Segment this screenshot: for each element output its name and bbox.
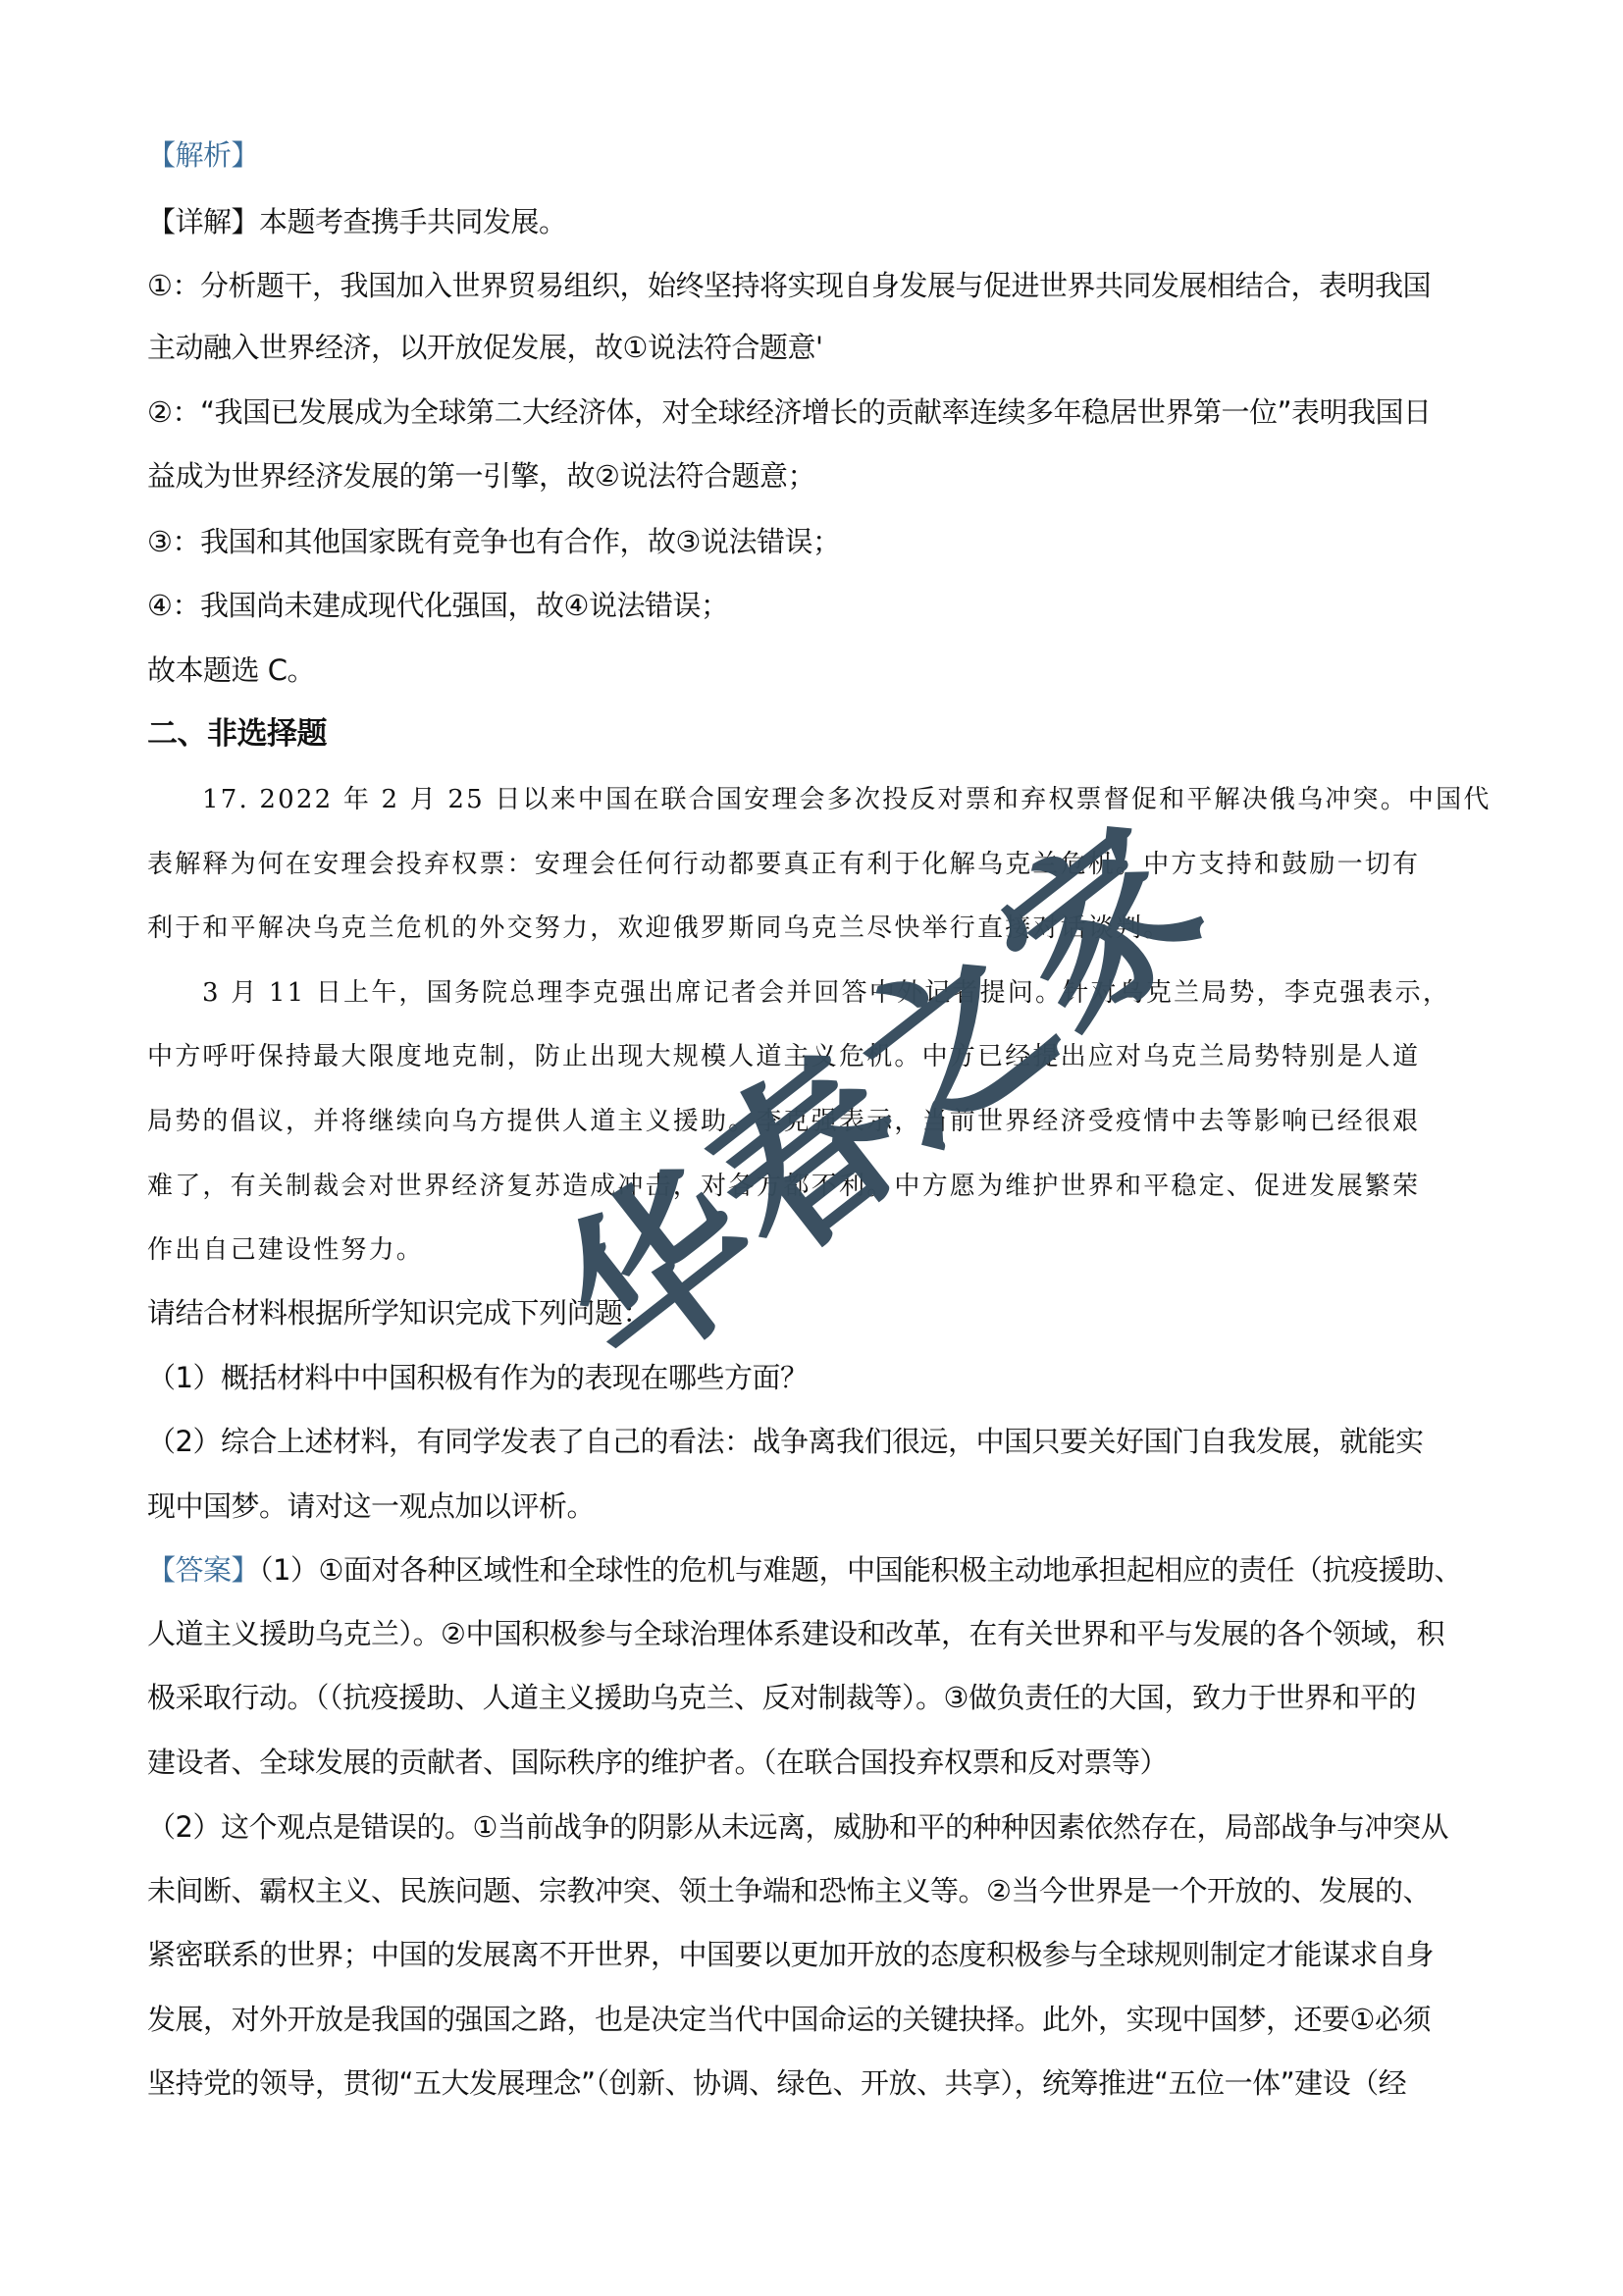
detail-label: 【详解】 (147, 205, 259, 238)
section-heading: 二、非选择题 (147, 714, 327, 754)
sub-question-2: （2）综合上述材料，有同学发表了自己的看法：战争离我们很远，中国只要关好国门自我… (147, 1422, 1423, 1461)
analysis-line-3: ②：“我国已发展成为全球第二大经济体，对全球经济增长的贡献率连续多年稳居世界第一… (147, 392, 1432, 432)
answer-label: 【答案】 (147, 1553, 259, 1587)
material-line-7: 难了，有关制裁会对世界经济复苏造成冲击，对各方都不利。中方愿为维护世界和平稳定、… (147, 1167, 1420, 1206)
answer-part2-line-1: （2）这个观点是错误的。①当前战争的阴影从未远离，威胁和平的种种因素依然存在，局… (147, 1807, 1448, 1847)
analysis-line-4: 益成为世界经济发展的第一引擎，故②说法符合题意； (147, 456, 815, 496)
answer-part2-line-3: 紧密联系的世界；中国的发展离不开世界，中国要以更加开放的态度积极参与全球规则制定… (147, 1935, 1434, 1974)
detail-line: 【详解】本题考查携手共同发展。 (147, 202, 567, 241)
answer-part2-line-5: 坚持党的领导，贯彻“五大发展理念”（创新、协调、绿色、开放、共享），统筹推进“五… (147, 2063, 1406, 2103)
material-line-5: 中方呼吁保持最大限度地克制，防止出现大规模人道主义危机。中方已经提出应对乌克兰局… (147, 1037, 1420, 1076)
material-line-8: 作出自己建设性努力。 (147, 1230, 424, 1270)
material-line-6: 局势的倡议，并将继续向乌方提供人道主义援助。李克强表示，当前世界经济受疫情中去等… (147, 1102, 1420, 1141)
answer-line-1: 【答案】（1）①面对各种区域性和全球性的危机与难题，中国能积极主动地承担起相应的… (147, 1550, 1462, 1590)
answer-line-4: 建设者、全球发展的贡献者、国际秩序的维护者。（在联合国投弃权票和反对票等） (147, 1743, 1168, 1782)
analysis-label: 【解析】 (147, 135, 259, 175)
material-line-4: 3 月 11 日上午，国务院总理李克强出席记者会并回答中外记者提问。针对乌克兰局… (147, 973, 1450, 1013)
answer-line-3: 极采取行动。（（抗疫援助、人道主义援助乌克兰、反对制裁等）。③做负责任的大国，致… (147, 1678, 1416, 1717)
material-line-1: 17. 2022 年 2 月 25 日以来中国在联合国安理会多次投反对票和弃权票… (147, 780, 1492, 819)
answer-part1-text: （1）①面对各种区域性和全球性的危机与难题，中国能积极主动地承担起相应的责任（抗… (259, 1553, 1462, 1587)
answer-part2-line-2: 未间断、霸权主义、民族问题、宗教冲突、领土争端和恐怖主义等。②当今世界是一个开放… (147, 1871, 1431, 1910)
analysis-conclusion: 故本题选 C。 (147, 651, 315, 690)
analysis-line-1: ①：分析题干，我国加入世界贸易组织，始终坚持将实现自身发展与促进世界共同发展相结… (147, 266, 1431, 305)
answer-line-2: 人道主义援助乌克兰）。②中国积极参与全球治理体系建设和改革，在有关世界和平与发展… (147, 1614, 1444, 1653)
analysis-line-6: ④：我国尚未建成现代化强国，故④说法错误； (147, 586, 729, 625)
answer-part2-line-4: 发展，对外开放是我国的强国之路，也是决定当代中国命运的关键抉择。此外，实现中国梦… (147, 2000, 1431, 2039)
analysis-line-2: 主动融入世界经济，以开放促发展，故①说法符合题意' (147, 328, 822, 367)
question-prompt: 请结合材料根据所学知识完成下列问题： (147, 1293, 651, 1332)
material-line-2: 表解释为何在安理会投弃权票：安理会任何行动都要真正有利于化解乌克兰危机。中方支持… (147, 845, 1420, 884)
sub-question-2-cont: 现中国梦。请对这一观点加以评析。 (147, 1487, 595, 1526)
material-line-3: 利于和平解决乌克兰危机的外交努力，欢迎俄罗斯同乌克兰尽快举行直接对话谈判。 (147, 909, 1171, 948)
analysis-line-5: ③：我国和其他国家既有竞争也有合作，故③说法错误； (147, 522, 841, 561)
detail-intro: 本题考查携手共同发展。 (259, 205, 567, 238)
sub-question-1: （1）概括材料中中国积极有作为的表现在哪些方面？ (147, 1358, 808, 1397)
